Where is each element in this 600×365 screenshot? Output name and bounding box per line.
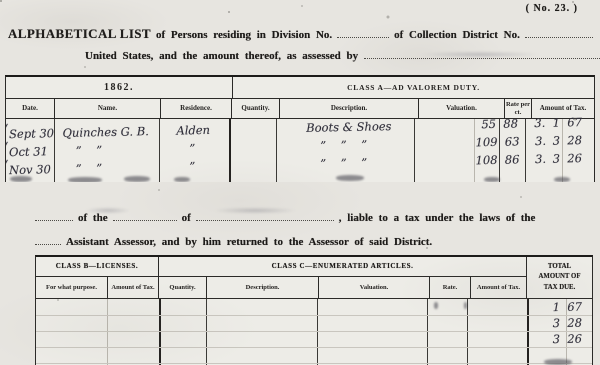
row-rule	[36, 363, 592, 364]
form-title-line-2: United States, and the amount thereof, a…	[85, 46, 600, 62]
col-header-description: Description.	[207, 277, 319, 298]
stray-mark	[434, 302, 438, 309]
form-number: ( No. 23. )	[526, 3, 578, 14]
entry-rate: 3.	[527, 116, 553, 131]
division-number-blank	[337, 25, 389, 38]
district-number-blank	[525, 25, 593, 38]
entry-name: Quinches G. B.	[56, 124, 166, 140]
entry-quantity	[246, 128, 293, 129]
col-header-valuation: Valuation.	[319, 277, 430, 298]
total-amount-value: 3 28	[527, 315, 590, 330]
class-c-section: CLASS C—ENUMERATED ARTICLES. Quantity. D…	[159, 257, 527, 298]
statement-text: of	[182, 212, 191, 224]
entry-name: ” ”	[54, 142, 174, 159]
year-header: 1862.	[6, 77, 233, 98]
col-header-purpose: For what purpose.	[36, 277, 108, 298]
entry-name: ” ”	[54, 160, 174, 177]
class-b-subheaders: For what purpose. Amount of Tax.	[36, 277, 158, 298]
class-a-section-header: CLASS A—AD VALOREM DUTY.	[233, 77, 594, 98]
entry-description: Boots & Shoes	[292, 118, 443, 135]
class-b-section-header: CLASS B—LICENSES.	[36, 257, 158, 277]
entry-quantity	[255, 164, 299, 165]
row-rule	[36, 347, 592, 348]
statement-line-2: Assistant Assessor, and by him returned …	[35, 232, 594, 248]
entry-date: ∕Oct 31	[6, 144, 54, 159]
assessed-by-text: United States, and the amount thereof, a…	[85, 50, 358, 62]
entry-rate: 3.	[528, 134, 552, 149]
total-amount-value: 3 26	[527, 331, 590, 346]
class-bc-table-body: 1 67 3 28 3 26	[36, 299, 592, 365]
stray-mark	[464, 302, 467, 309]
cut-off-row-artifact	[484, 177, 500, 182]
form-title-lead: ALPHABETICAL LIST	[8, 26, 151, 42]
table-row: 1 67	[36, 299, 592, 315]
statement-text: Assistant Assessor, and by him returned …	[66, 236, 432, 248]
entry-amount: 1 67	[553, 115, 595, 130]
col-header-quantity: Quantity.	[159, 277, 207, 298]
table-row: 3 26	[36, 331, 592, 347]
entry-date: ∕Nov 30	[6, 162, 54, 177]
entry-residence: ”	[173, 140, 254, 156]
entry-residence: ”	[173, 158, 254, 174]
total-column-header-cell: TOTAL AMOUNT OF TAX DUE.	[527, 257, 592, 298]
statement-blank	[196, 208, 334, 221]
entry-description: ” ” ”	[298, 136, 449, 153]
class-c-section-header: CLASS C—ENUMERATED ARTICLES.	[159, 257, 526, 277]
entry-residence: Alden	[166, 122, 246, 138]
paper-specks	[0, 0, 2, 2]
statement-text: , liable to a tax under the laws of the	[339, 212, 589, 224]
statement-blank	[35, 232, 61, 245]
form-title-line: ALPHABETICAL LIST of Persons residing in…	[8, 25, 598, 42]
statement-line-1: of the of , liable to a tax under the la…	[35, 208, 594, 224]
class-bc-table: CLASS B—LICENSES. For what purpose. Amou…	[35, 255, 593, 365]
total-amount-value: 1 67	[527, 299, 590, 314]
entry-amount: 3 26	[553, 151, 595, 166]
form-title-text-2: of Collection District No.	[394, 29, 520, 41]
col-header-date: Date.	[6, 99, 55, 118]
entry-quantity	[255, 146, 299, 147]
cut-off-row-artifact	[68, 177, 102, 182]
cut-off-row-artifact	[554, 177, 570, 182]
statement-blank	[35, 208, 73, 221]
entry-rate: 3.	[528, 152, 552, 167]
entry-valuation: 109 63	[449, 134, 529, 150]
cut-off-row-artifact	[336, 175, 364, 181]
col-header-name: Name.	[55, 99, 161, 118]
class-a-table-header-row-1: 1862. CLASS A—AD VALOREM DUTY.	[6, 77, 594, 99]
entry-date: ∕Sept 30	[6, 126, 57, 141]
statement-text: of the	[78, 212, 108, 224]
entry-amount: 3 28	[553, 133, 595, 148]
class-c-subheaders: Quantity. Description. Valuation. Rate. …	[159, 277, 526, 298]
class-a-table: 1862. CLASS A—AD VALOREM DUTY. Date. Nam…	[5, 75, 595, 182]
col-header-total: TOTAL AMOUNT OF TAX DUE.	[538, 262, 582, 294]
class-b-section: CLASS B—LICENSES. For what purpose. Amou…	[36, 257, 159, 298]
cut-off-row-artifact	[10, 176, 32, 182]
statement-blank	[113, 208, 177, 221]
col-header-amount-b: Amount of Tax.	[108, 277, 158, 298]
table-row: 3 28	[36, 315, 592, 331]
col-header-amount-c: Amount of Tax.	[471, 277, 526, 298]
cut-off-row-artifact	[174, 177, 190, 182]
col-header-rate: Rate.	[430, 277, 471, 298]
class-bc-table-header: CLASS B—LICENSES. For what purpose. Amou…	[36, 257, 592, 299]
form-title-text: of Persons residing in Division No.	[156, 29, 332, 41]
entry-valuation: 108 86	[449, 152, 529, 168]
col-header-residence: Residence.	[161, 99, 232, 118]
entry-description: ” ” ”	[298, 154, 449, 171]
col-header-description: Description.	[280, 99, 419, 118]
col-header-quantity: Quantity.	[232, 99, 280, 118]
cut-off-row-artifact	[544, 359, 572, 365]
class-a-table-body: ∕Sept 30 Quinches G. B. Alden Boots & Sh…	[6, 119, 594, 182]
entry-valuation: 55 88	[443, 116, 527, 132]
assessed-by-blank	[364, 46, 600, 59]
cut-off-row-artifact	[124, 176, 150, 182]
